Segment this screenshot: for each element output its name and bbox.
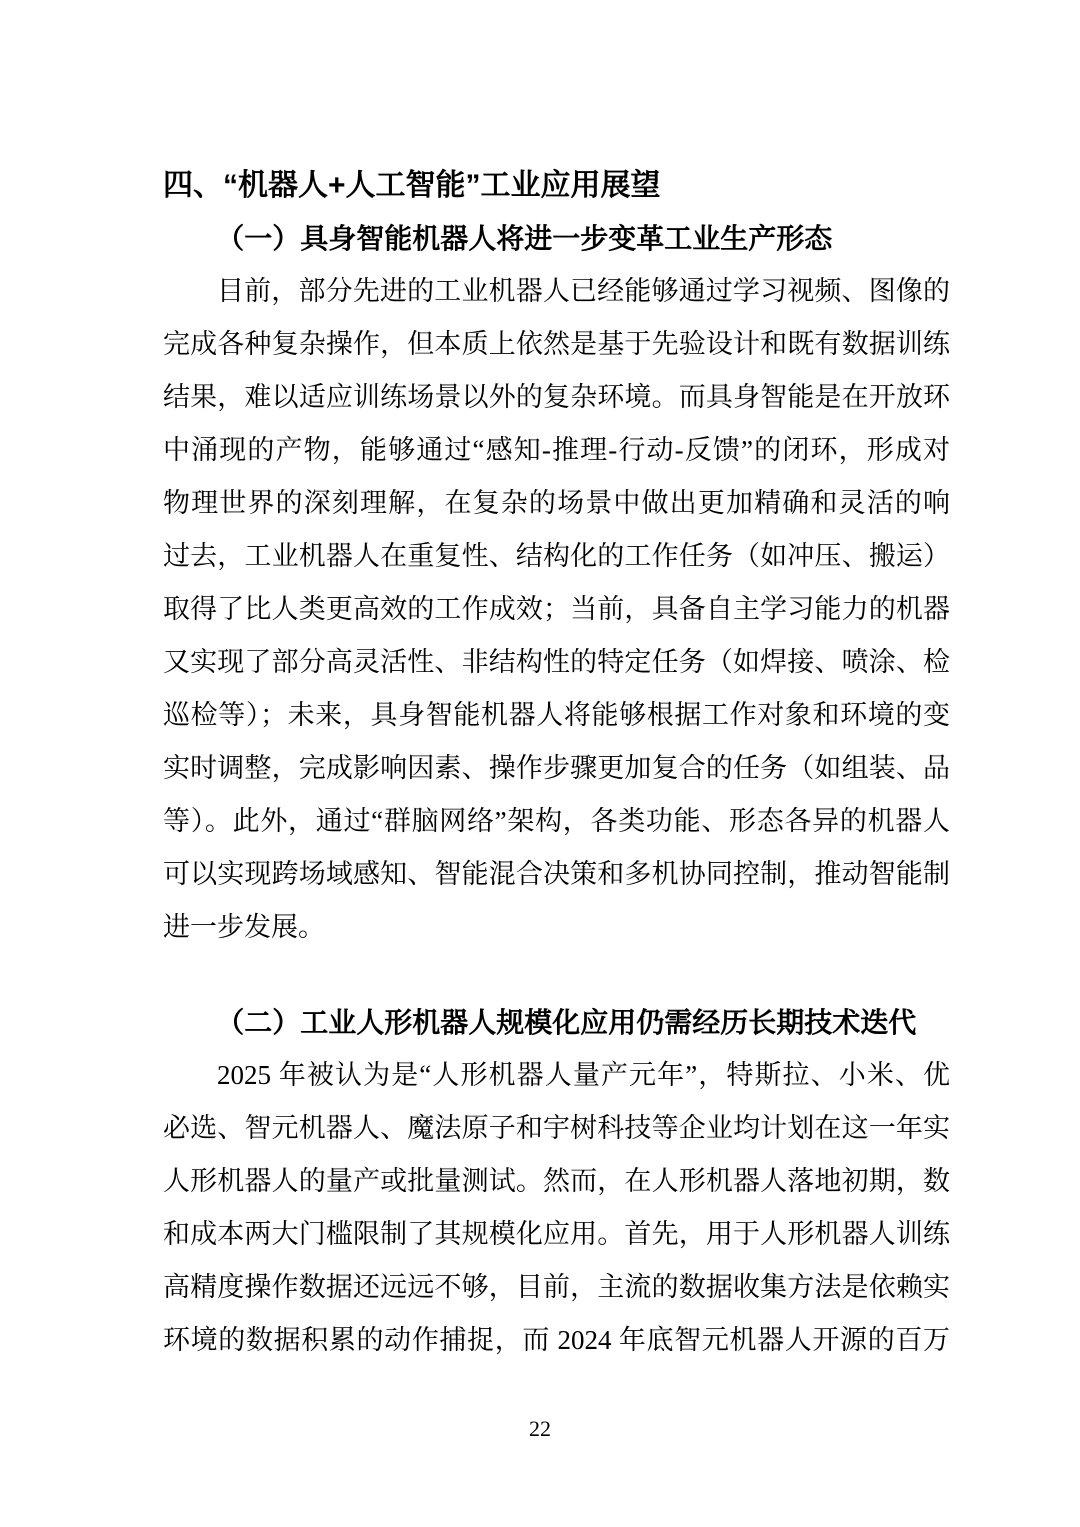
text-line: 物理世界的深刻理解，在复杂的场景中做出更加精确和灵活的响应。 — [163, 477, 950, 530]
text-line: 实时调整，完成影响因素、操作步骤更加复合的任务（如组装、品控 — [163, 742, 950, 795]
text-line: 中涌现的产物，能够通过“感知-推理-行动-反馈”的闭环，形成对 — [163, 424, 950, 477]
text-line: 可以实现跨场域感知、智能混合决策和多机协同控制，推动智能制造 — [163, 848, 950, 901]
text-line: 进一步发展。 — [163, 901, 950, 954]
text-line: 巡检等）；未来，具身智能机器人将能够根据工作对象和环境的变化 — [163, 689, 950, 742]
text-line: 环境的数据积累的动作捕捉，而 2024 年底智元机器人开源的百万真 — [163, 1314, 950, 1367]
section-2-heading: （二）工业人形机器人规模化应用仍需经历长期技术迭代 — [163, 996, 950, 1049]
chapter-heading: 四、“机器人+人工智能”工业应用展望 — [163, 159, 950, 212]
text-line: 完成各种复杂操作，但本质上依然是基于先验设计和既有数据训练的 — [163, 318, 950, 371]
section-1-heading: （一）具身智能机器人将进一步变革工业生产形态 — [163, 212, 950, 265]
page-number: 22 — [0, 1413, 1080, 1445]
text-line: 高精度操作数据还远远不够，目前，主流的数据收集方法是依赖实体 — [163, 1261, 950, 1314]
text-line: 人形机器人的量产或批量测试。然而，在人形机器人落地初期，数据 — [163, 1155, 950, 1208]
page-content: 四、“机器人+人工智能”工业应用展望 （一）具身智能机器人将进一步变革工业生产形… — [163, 159, 950, 1367]
text-line: 等）。此外，通过“群脑网络”架构，各类功能、形态各异的机器人 — [163, 795, 950, 848]
text-line: 过去，工业机器人在重复性、结构化的工作任务（如冲压、搬运）中 — [163, 530, 950, 583]
text-line: 和成本两大门槛限制了其规模化应用。首先，用于人形机器人训练的 — [163, 1208, 950, 1261]
text-line: 又实现了部分高灵活性、非结构性的特定任务（如焊接、喷涂、检测、 — [163, 636, 950, 689]
text-line: 必选、智元机器人、魔法原子和宇树科技等企业均计划在这一年实现 — [163, 1102, 950, 1155]
text-line: 取得了比人类更高效的工作成效；当前，具备自主学习能力的机器人 — [163, 583, 950, 636]
text-line: 结果，难以适应训练场景以外的复杂环境。而具身智能是在开放环境 — [163, 371, 950, 424]
text-line: 目前，部分先进的工业机器人已经能够通过学习视频、图像的等 — [163, 265, 950, 318]
text-line: 2025 年被认为是“人形机器人量产元年”，特斯拉、小米、优 — [163, 1049, 950, 1102]
document-page: 四、“机器人+人工智能”工业应用展望 （一）具身智能机器人将进一步变革工业生产形… — [0, 0, 1080, 1527]
